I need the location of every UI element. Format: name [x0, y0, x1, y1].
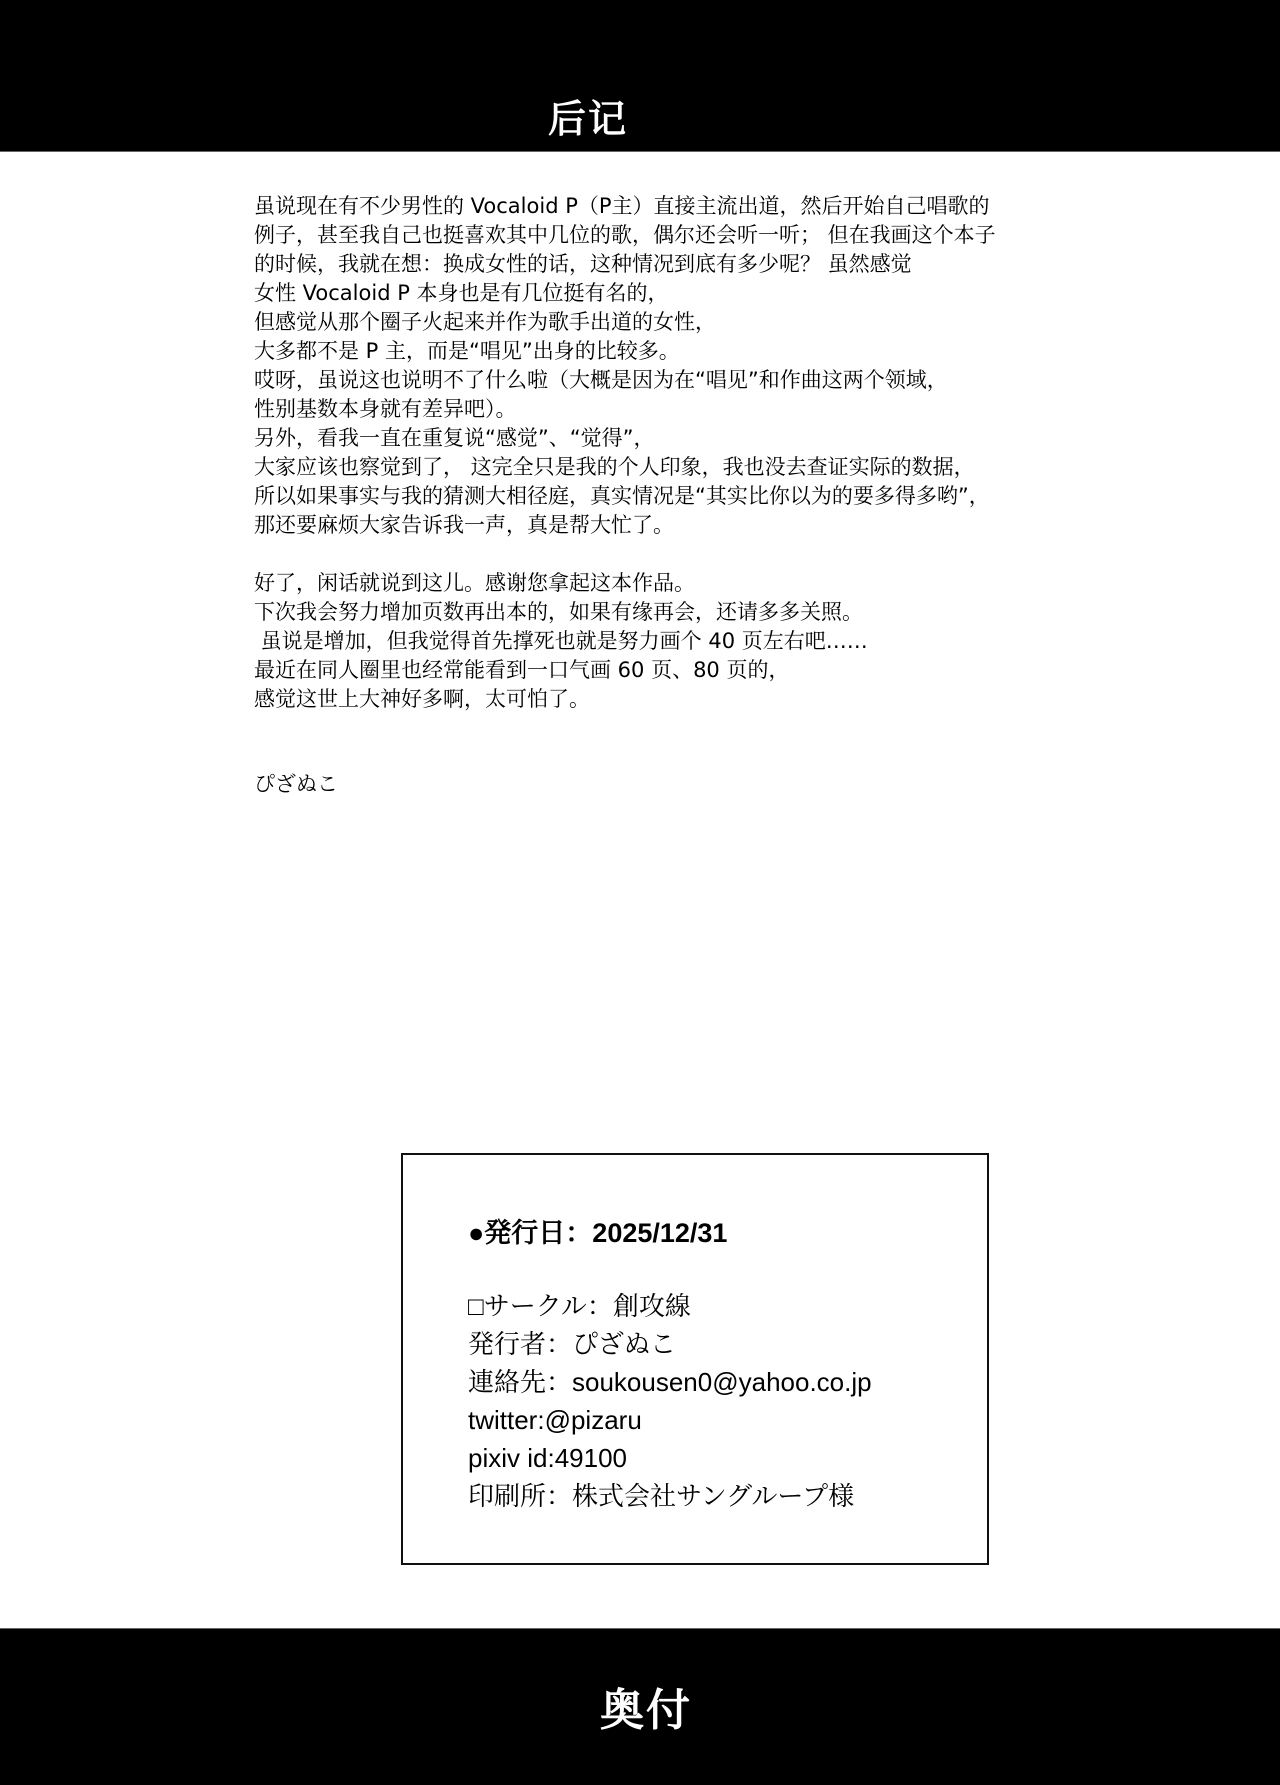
afterword-line: 好了，闲话就说到这儿。感谢您拿起这本作品。	[254, 569, 1154, 598]
afterword-line: 大家应该也察觉到了， 这完全只是我的个人印象，我也没去查证实际的数据，	[254, 453, 1154, 482]
afterword-line: 的时候，我就在想：换成女性的话，这种情况到底有多少呢？ 虽然感觉	[254, 250, 1154, 279]
afterword-line: 那还要麻烦大家告诉我一声，真是帮大忙了。	[254, 511, 1154, 540]
page-title: 后记	[548, 88, 628, 143]
publisher: 発行者：ぴざぬこ	[468, 1325, 872, 1363]
afterword-line: 例子，甚至我自己也挺喜欢其中几位的歌，偶尔还会听一听； 但在我画这个本子	[254, 221, 1154, 250]
header-bar: 后记	[0, 0, 1280, 152]
footer-bar: 奥付	[0, 1628, 1280, 1785]
afterword-line: 虽说是增加，但我觉得首先撑死也就是努力画个 40 页左右吧……	[254, 627, 1154, 656]
afterword-line: 女性 Vocaloid P 本身也是有几位挺有名的，	[254, 279, 1154, 308]
circle-name: □サークル：創攻線	[468, 1287, 872, 1325]
footer-title: 奥付	[600, 1674, 692, 1738]
afterword-line: 但感觉从那个圈子火起来并作为歌手出道的女性，	[254, 308, 1154, 337]
publish-date: ●発行日：2025/12/31	[468, 1211, 727, 1250]
afterword-line: 虽说现在有不少男性的 Vocaloid P（P主）直接主流出道，然后开始自己唱歌…	[254, 192, 1154, 221]
colophon-box: ●発行日：2025/12/31 □サークル：創攻線 発行者：ぴざぬこ 連絡先：s…	[401, 1153, 989, 1565]
twitter-handle: twitter:@pizaru	[468, 1401, 872, 1439]
afterword-line: 另外，看我一直在重复说“感觉”、“觉得”，	[254, 424, 1154, 453]
printer: 印刷所：株式会社サングループ様	[468, 1477, 872, 1515]
afterword-line	[254, 540, 1154, 569]
afterword-line: 下次我会努力增加页数再出本的，如果有缘再会，还请多多关照。	[254, 598, 1154, 627]
afterword-line: 哎呀，虽说这也说明不了什么啦（大概是因为在“唱见”和作曲这两个领域，	[254, 366, 1154, 395]
colophon-items: □サークル：創攻線 発行者：ぴざぬこ 連絡先：soukousen0@yahoo.…	[468, 1287, 872, 1515]
pixiv-id: pixiv id:49100	[468, 1439, 872, 1477]
contact-email: 連絡先：soukousen0@yahoo.co.jp	[468, 1363, 872, 1401]
afterword-line: 所以如果事实与我的猜测大相径庭，真实情况是“其实比你以为的要多得多哟”，	[254, 482, 1154, 511]
afterword-line: 感觉这世上大神好多啊，太可怕了。	[254, 685, 1154, 714]
afterword-line: 性别基数本身就有差异吧）。	[254, 395, 1154, 424]
afterword-line: 最近在同人圈里也经常能看到一口气画 60 页、80 页的，	[254, 656, 1154, 685]
afterword-text: 虽说现在有不少男性的 Vocaloid P（P主）直接主流出道，然后开始自己唱歌…	[254, 192, 1154, 714]
afterword-line: 大多都不是 P 主，而是“唱见”出身的比较多。	[254, 337, 1154, 366]
author-signature: ぴざぬこ	[254, 768, 338, 798]
